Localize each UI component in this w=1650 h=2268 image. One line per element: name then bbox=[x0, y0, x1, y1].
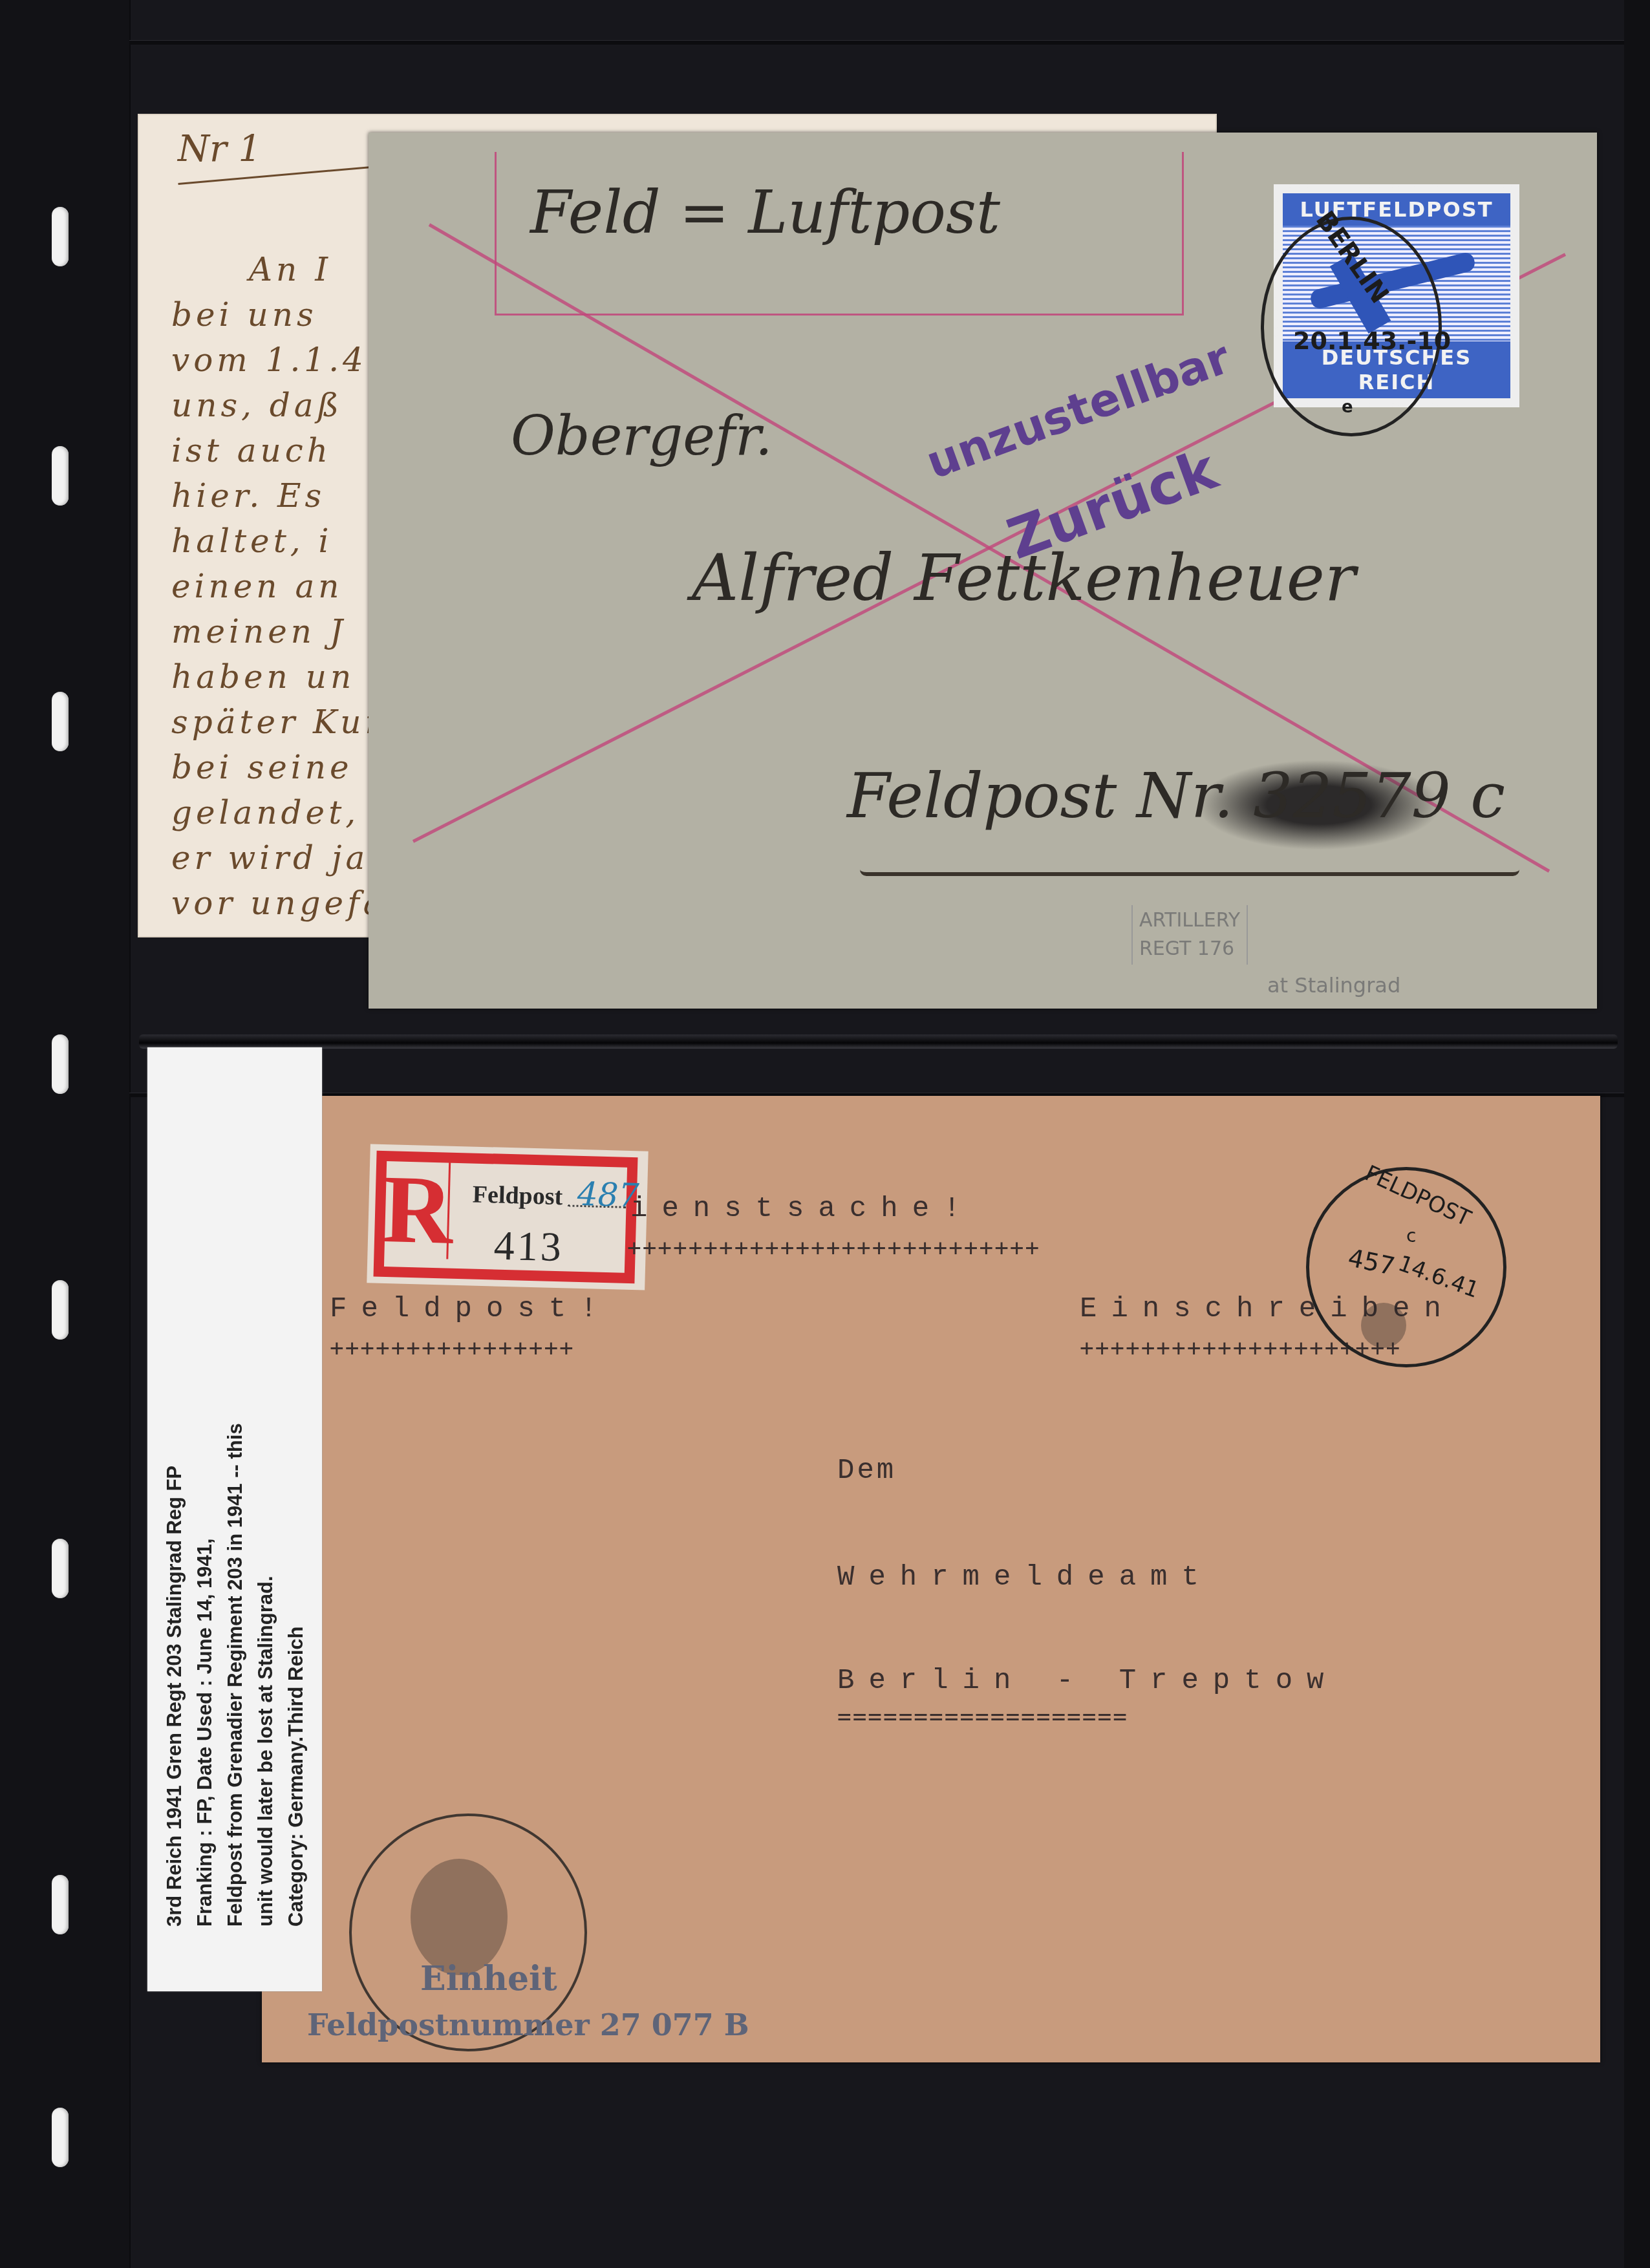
punch-hole bbox=[52, 1539, 69, 1598]
recipient-rank: Obergefr. bbox=[511, 404, 773, 467]
registration-label: R Feldpost 487 413 bbox=[367, 1144, 648, 1290]
double-underline: =================== bbox=[837, 1704, 1128, 1730]
sleeve-divider bbox=[129, 40, 1624, 45]
pencil-note-unit: ARTILLERY REGT 176 bbox=[1131, 905, 1248, 965]
punch-hole bbox=[52, 1280, 69, 1340]
letter-line: An I bbox=[249, 251, 332, 288]
letter-line: haltet, i bbox=[171, 522, 333, 560]
registration-office: Feldpost bbox=[472, 1181, 562, 1212]
letter-line: uns, daß bbox=[171, 387, 343, 424]
punch-hole bbox=[52, 1034, 69, 1094]
letter-line: bei uns bbox=[171, 296, 317, 334]
punch-hole bbox=[52, 446, 69, 506]
pencil-unit-line1: ARTILLERY bbox=[1139, 906, 1240, 935]
envelope-luftfeldpost: Feld = Luftpost unzustellbar Zurück LUFT… bbox=[369, 133, 1597, 1009]
emblem-mark bbox=[411, 1859, 508, 1975]
cross-underline: +++++++++++++++++++++++++++ bbox=[627, 1235, 1040, 1261]
letter-heading: Nr 1 bbox=[178, 128, 261, 170]
cross-underline: ++++++++++++++++ bbox=[330, 1335, 575, 1362]
letter-line: vom 1.1.4 bbox=[171, 341, 367, 379]
header-center-visible: ienstsache! bbox=[630, 1193, 974, 1225]
description-card: 3rd Reich 1941 Gren Regt 203 Stalingrad … bbox=[147, 1047, 322, 1991]
unit-stamp-word: Einheit bbox=[420, 1959, 557, 1998]
description-line: Category: Germany.Third Reich bbox=[281, 1112, 311, 1927]
underline-wavy bbox=[860, 863, 1519, 876]
description-line: Franking : FP, Date Used : June 14, 1941… bbox=[189, 1112, 220, 1927]
address-line2: Wehrmeldeamt bbox=[837, 1561, 1213, 1594]
postmark-code: e bbox=[1342, 398, 1353, 417]
letter-line: hier. Es bbox=[171, 477, 325, 515]
header-left: Feldpost! bbox=[330, 1293, 612, 1325]
letter-line: er wird ja bbox=[171, 839, 369, 877]
letter-line: haben un bbox=[171, 658, 355, 696]
punch-hole bbox=[52, 2108, 69, 2167]
envelope-feldpost-registered: R Feldpost 487 413 ienstsache! +++++++++… bbox=[262, 1096, 1600, 2062]
punch-hole bbox=[52, 692, 69, 751]
letter-line: bei seine bbox=[171, 749, 353, 786]
letter-line: ist auch bbox=[171, 432, 332, 469]
address-line3: Berlin - Treptow bbox=[837, 1665, 1338, 1697]
page-edge bbox=[1624, 0, 1650, 2268]
route-note: Feld = Luftpost bbox=[530, 178, 1000, 247]
letter-line: später Kur bbox=[171, 703, 384, 741]
pencil-note-location: at Stalingrad bbox=[1267, 973, 1400, 998]
registration-letter: R bbox=[381, 1161, 451, 1259]
feldpost-number: Feldpost Nr. 32579 c bbox=[847, 760, 1505, 832]
letter-line: einen an bbox=[171, 568, 343, 605]
punch-hole bbox=[52, 207, 69, 266]
binder-rail bbox=[0, 0, 131, 2268]
address-line1: Dem bbox=[837, 1455, 896, 1487]
postmark-code: c bbox=[1406, 1225, 1416, 1246]
description-line: 3rd Reich 1941 Gren Regt 203 Stalingrad … bbox=[159, 1112, 189, 1927]
letter-line: meinen J bbox=[171, 613, 347, 650]
description-line: Feldpost from Grenadier Regiment 203 in … bbox=[220, 1112, 250, 1927]
description-line: unit would later be lost at Stalingrad. bbox=[250, 1112, 281, 1927]
letter-line: gelandet, d bbox=[171, 794, 398, 831]
punch-hole bbox=[52, 1875, 69, 1934]
letter-line: vor ungefa bbox=[171, 884, 386, 922]
postmark-date: 20.1.43.-10 bbox=[1293, 326, 1451, 355]
registration-number: 413 bbox=[493, 1221, 564, 1271]
sleeve-lip bbox=[139, 1034, 1618, 1049]
emblem-mark bbox=[1361, 1303, 1406, 1348]
description-text: 3rd Reich 1941 Gren Regt 203 Stalingrad … bbox=[159, 1112, 311, 1927]
pencil-unit-line2: REGT 176 bbox=[1139, 935, 1240, 963]
unit-stamp-number: Feldpostnummer 27 077 B bbox=[307, 2007, 749, 2042]
recipient-name: Alfred Fettkenheuer bbox=[692, 540, 1356, 615]
